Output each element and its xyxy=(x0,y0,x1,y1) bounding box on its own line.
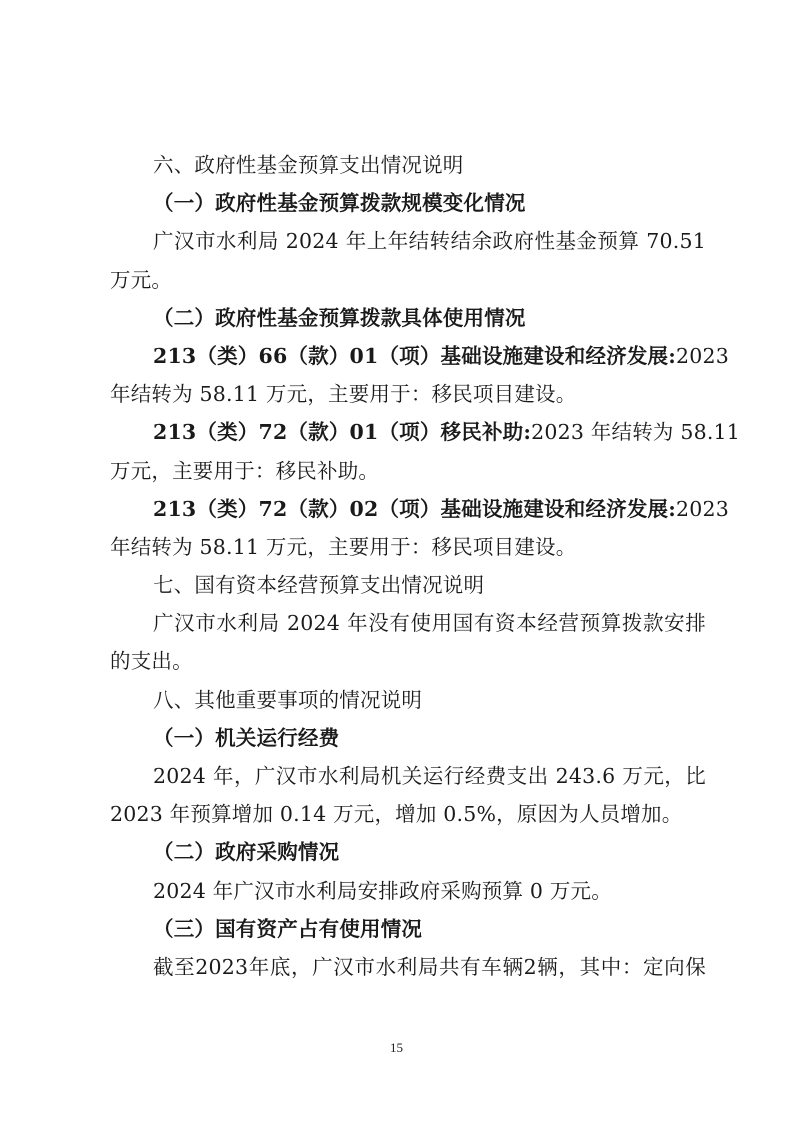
subsection-heading-8-2: （二）政府采购情况 xyxy=(110,833,706,871)
section-heading-6: 六、政府性基金预算支出情况说明 xyxy=(110,146,706,184)
budget-item-3: 213（类）72（款）02（项）基础设施建设和经济发展:2023 xyxy=(110,490,706,528)
budget-item-text: 2023 年结转为 58.11 xyxy=(531,420,740,444)
paragraph-line: 万元，主要用于：移民补助。 xyxy=(110,452,706,490)
subsection-heading-6-1: （一）政府性基金预算拨款规模变化情况 xyxy=(110,184,706,222)
paragraph-line: 年结转为 58.11 万元，主要用于：移民项目建设。 xyxy=(110,375,706,413)
budget-item-2: 213（类）72（款）01（项）移民补助:2023 年结转为 58.11 xyxy=(110,413,706,451)
paragraph-line: 2024 年广汉市水利局安排政府采购预算 0 万元。 xyxy=(110,872,706,910)
paragraph-line: 广汉市水利局 2024 年上年结转结余政府性基金预算 70.51 xyxy=(110,222,706,260)
paragraph-line: 万元。 xyxy=(110,261,706,299)
paragraph-line: 广汉市水利局 2024 年没有使用国有资本经营预算拨款安排 xyxy=(110,604,706,642)
document-page: 六、政府性基金预算支出情况说明 （一）政府性基金预算拨款规模变化情况 广汉市水利… xyxy=(110,146,706,986)
budget-item-code: 213（类）72（款）01（项）移民补助: xyxy=(153,420,531,444)
subsection-heading-8-1: （一）机关运行经费 xyxy=(110,719,706,757)
paragraph-line: 2024 年，广汉市水利局机关运行经费支出 243.6 万元，比 xyxy=(110,757,706,795)
budget-item-text: 2023 xyxy=(676,344,729,368)
page-number: 15 xyxy=(0,1040,793,1056)
budget-item-text: 2023 xyxy=(676,497,729,521)
budget-item-1: 213（类）66（款）01（项）基础设施建设和经济发展:2023 xyxy=(110,337,706,375)
paragraph-line: 截至2023年底，广汉市水利局共有车辆2辆，其中：定向保 xyxy=(110,948,706,986)
budget-item-code: 213（类）72（款）02（项）基础设施建设和经济发展: xyxy=(153,497,676,521)
paragraph-line: 年结转为 58.11 万元，主要用于：移民项目建设。 xyxy=(110,528,706,566)
subsection-heading-6-2: （二）政府性基金预算拨款具体使用情况 xyxy=(110,299,706,337)
section-heading-8: 八、其他重要事项的情况说明 xyxy=(110,681,706,719)
budget-item-code: 213（类）66（款）01（项）基础设施建设和经济发展: xyxy=(153,344,676,368)
section-heading-7: 七、国有资本经营预算支出情况说明 xyxy=(110,566,706,604)
paragraph-line: 的支出。 xyxy=(110,642,706,680)
subsection-heading-8-3: （三）国有资产占有使用情况 xyxy=(110,910,706,948)
paragraph-line: 2023 年预算增加 0.14 万元，增加 0.5%，原因为人员增加。 xyxy=(110,795,706,833)
